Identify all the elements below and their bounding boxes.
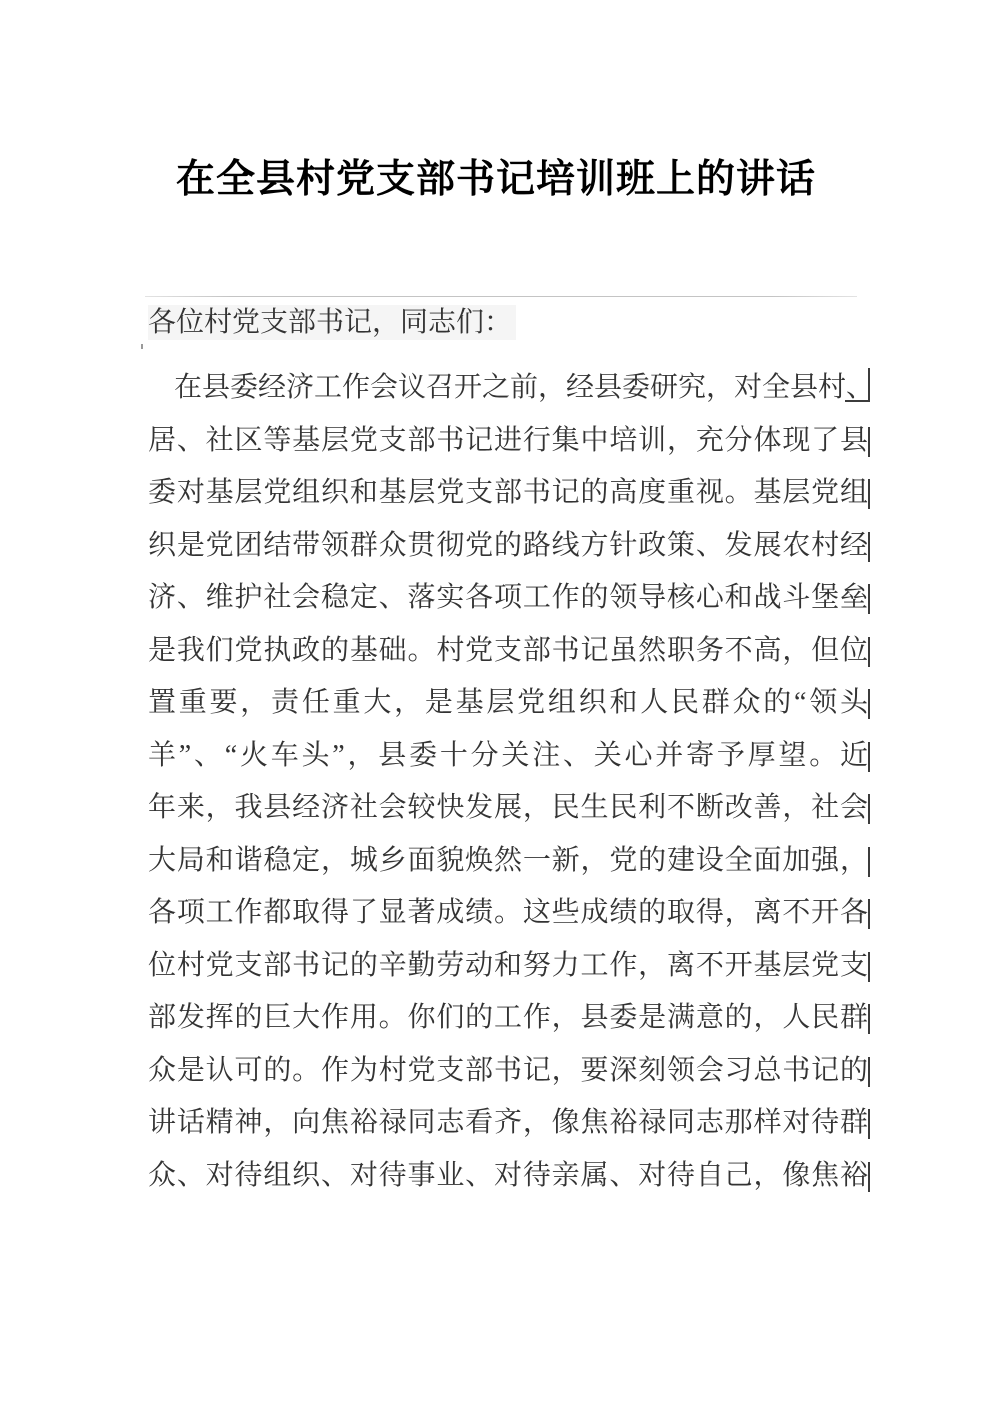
text-line-content: 居、社区等基层党支部书记进行集中培训，充分体现了县 — [148, 415, 868, 468]
line-end-mark — [868, 427, 870, 457]
text-line-content: 众是认可的。作为村党支部书记，要深刻领会习总书记的 — [148, 1045, 868, 1098]
text-line-content: 年来，我县经济社会较快发展，民生民利不断改善，社会 — [148, 782, 868, 835]
text-line: 济、维护社会稳定、落实各项工作的领导核心和战斗堡垒 — [148, 572, 872, 625]
line-end-mark — [868, 1162, 870, 1192]
text-line-content: 羊”、“火车头”，县委十分关注、关心并寄予厚望。近 — [148, 730, 868, 783]
text-line-content: 讲话精神，向焦裕禄同志看齐，像焦裕禄同志那样对待群 — [148, 1097, 868, 1150]
text-line: 位村党支部书记的辛勤劳动和努力工作，离不开基层党支 — [148, 940, 872, 993]
line-end-corner-mark — [868, 368, 870, 402]
text-line-content: 位村党支部书记的辛勤劳动和努力工作，离不开基层党支 — [148, 940, 868, 993]
text-line-content: 部发挥的巨大作用。你们的工作，县委是满意的，人民群 — [148, 992, 868, 1045]
text-line: 大局和谐稳定，城乡面貌焕然一新，党的建设全面加强， — [148, 835, 872, 888]
text-line-content: 大局和谐稳定，城乡面貌焕然一新，党的建设全面加强， — [148, 835, 868, 888]
text-line: 是我们党执政的基础。村党支部书记虽然职务不高，但位 — [148, 625, 872, 678]
text-line-content: 置重要，责任重大，是基层党组织和人民群众的“领头 — [148, 677, 868, 730]
text-line-content: 是我们党执政的基础。村党支部书记虽然职务不高，但位 — [148, 625, 868, 678]
document-page: 在全县村党支部书记培训班上的讲话 各位村党支部书记，同志们： 在县委经济工作会议… — [0, 0, 992, 1403]
text-line-content: 众、对待组织、对待事业、对待亲属、对待自己，像焦裕 — [148, 1150, 868, 1203]
line-end-mark — [868, 1004, 870, 1034]
text-line: 羊”、“火车头”，县委十分关注、关心并寄予厚望。近 — [148, 730, 872, 783]
line-end-mark — [868, 532, 870, 562]
text-line: 织是党团结带领群众贯彻党的路线方针政策、发展农村经 — [148, 520, 872, 573]
text-line: 置重要，责任重大，是基层党组织和人民群众的“领头 — [148, 677, 872, 730]
line-end-mark — [868, 479, 870, 509]
line-end-mark — [868, 1057, 870, 1087]
line-end-mark — [868, 847, 870, 877]
text-line-content: 委对基层党组织和基层党支部书记的高度重视。基层党组 — [148, 467, 868, 520]
text-line-content: 各项工作都取得了显著成绩。这些成绩的取得，离不开各 — [148, 887, 868, 940]
greeting-text: 各位村党支部书记，同志们： — [148, 305, 516, 340]
paragraph-body: 在县委经济工作会议召开之前，经县委研究，对全县村、 居、社区等基层党支部书记进行… — [148, 362, 872, 1202]
line-end-mark — [868, 952, 870, 982]
text-line: 众是认可的。作为村党支部书记，要深刻领会习总书记的 — [148, 1045, 872, 1098]
text-line: 各项工作都取得了显著成绩。这些成绩的取得，离不开各 — [148, 887, 872, 940]
text-line-content: 济、维护社会稳定、落实各项工作的领导核心和战斗堡垒 — [148, 572, 868, 625]
greeting-line: 各位村党支部书记，同志们： — [148, 301, 516, 345]
line-end-mark — [868, 794, 870, 824]
text-line: 年来，我县经济社会较快发展，民生民利不断改善，社会 — [148, 782, 872, 835]
line-end-mark — [868, 689, 870, 719]
text-line: 部发挥的巨大作用。你们的工作，县委是满意的，人民群 — [148, 992, 872, 1045]
line-end-mark — [868, 1109, 870, 1139]
line-end-mark — [868, 742, 870, 772]
text-line: 委对基层党组织和基层党支部书记的高度重视。基层党组 — [148, 467, 872, 520]
horizontal-divider — [145, 296, 857, 297]
line-end-mark — [868, 637, 870, 667]
line-end-mark — [868, 584, 870, 614]
text-line-content: 在县委经济工作会议召开之前，经县委研究，对全县村、 — [148, 362, 868, 415]
text-line: 居、社区等基层党支部书记进行集中培训，充分体现了县 — [148, 415, 872, 468]
text-line: 在县委经济工作会议召开之前，经县委研究，对全县村、 — [148, 362, 872, 415]
text-line: 众、对待组织、对待事业、对待亲属、对待自己，像焦裕 — [148, 1150, 872, 1203]
line-end-mark — [868, 899, 870, 929]
document-title: 在全县村党支部书记培训班上的讲话 — [0, 148, 992, 204]
text-boundary-tick — [141, 344, 143, 349]
text-line-content: 织是党团结带领群众贯彻党的路线方针政策、发展农村经 — [148, 520, 868, 573]
text-line: 讲话精神，向焦裕禄同志看齐，像焦裕禄同志那样对待群 — [148, 1097, 872, 1150]
